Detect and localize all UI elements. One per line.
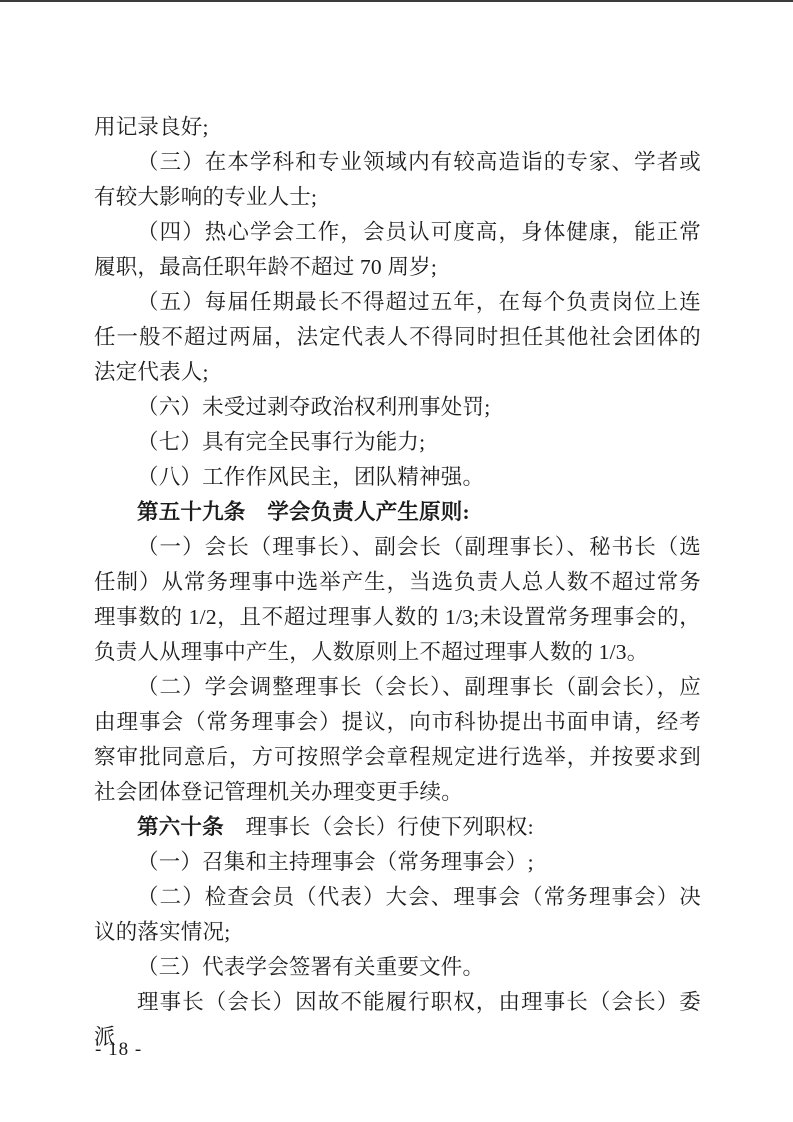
text-run: （七）具有完全民事行为能力; — [137, 430, 425, 454]
text-run: （四）热心学会工作，会员认可度高，身体健康，能正常履职，最高任职年龄不超过 70… — [94, 220, 701, 279]
paragraph: （五）每届任期最长不得超过五年，在每个负责岗位上连任一般不超过两届，法定代表人不… — [94, 285, 701, 390]
paragraph: （二）学会调整理事长（会长）、副理事长（副会长），应由理事会（常务理事会）提议，… — [94, 670, 701, 810]
text-run: （一）会长（理事长）、副会长（副理事长）、秘书长（选任制）从常务理事中选举产生，… — [94, 535, 701, 664]
paragraph: 理事长（会长）因故不能履行职权，由理事长（会长）委派 — [94, 985, 701, 1055]
paragraph: （七）具有完全民事行为能力; — [94, 425, 701, 460]
paragraph: 第五十九条 学会负责人产生原则: — [94, 495, 701, 530]
paragraph: （六）未受过剥夺政治权利刑事处罚; — [94, 390, 701, 425]
text-run: （二）检查会员（代表）大会、理事会（常务理事会）决议的落实情况; — [94, 885, 701, 944]
paragraph: （一）召集和主持理事会（常务理事会）; — [94, 845, 701, 880]
text-run: （一）召集和主持理事会（常务理事会）; — [137, 850, 534, 874]
text-run: （八）工作作风民主，团队精神强。 — [137, 465, 484, 489]
paragraph: （四）热心学会工作，会员认可度高，身体健康，能正常履职，最高任职年龄不超过 70… — [94, 215, 701, 285]
paragraph: （三）代表学会签署有关重要文件。 — [94, 950, 701, 985]
bold-text-run: 第五十九条 学会负责人产生原则: — [137, 500, 470, 524]
paragraph: 第六十条 理事长（会长）行使下列职权: — [94, 810, 701, 845]
page-top-edge — [0, 0, 793, 2]
paragraph: （三）在本学科和专业领域内有较高造诣的专家、学者或有较大影响的专业人士; — [94, 145, 701, 215]
text-run: （六）未受过剥夺政治权利刑事处罚; — [137, 395, 490, 419]
paragraph: （二）检查会员（代表）大会、理事会（常务理事会）决议的落实情况; — [94, 880, 701, 950]
bold-text-run: 第六十条 — [137, 815, 224, 839]
document-body: 用记录良好;（三）在本学科和专业领域内有较高造诣的专家、学者或有较大影响的专业人… — [94, 110, 701, 1055]
text-run: 用记录良好; — [94, 115, 209, 139]
text-run: （三）在本学科和专业领域内有较高造诣的专家、学者或有较大影响的专业人士; — [94, 150, 701, 209]
text-run: 理事长（会长）因故不能履行职权，由理事长（会长）委派 — [94, 990, 701, 1049]
page-number: - 18 - — [95, 1038, 142, 1062]
text-run: （二）学会调整理事长（会长）、副理事长（副会长），应由理事会（常务理事会）提议，… — [94, 675, 701, 804]
paragraph: 用记录良好; — [94, 110, 701, 145]
text-run: 理事长（会长）行使下列职权: — [224, 815, 534, 839]
document-page: 用记录良好;（三）在本学科和专业领域内有较高造诣的专家、学者或有较大影响的专业人… — [0, 0, 793, 1122]
paragraph: （八）工作作风民主，团队精神强。 — [94, 460, 701, 495]
text-run: （五）每届任期最长不得超过五年，在每个负责岗位上连任一般不超过两届，法定代表人不… — [94, 290, 701, 384]
paragraph: （一）会长（理事长）、副会长（副理事长）、秘书长（选任制）从常务理事中选举产生，… — [94, 530, 701, 670]
text-run: （三）代表学会签署有关重要文件。 — [137, 955, 484, 979]
